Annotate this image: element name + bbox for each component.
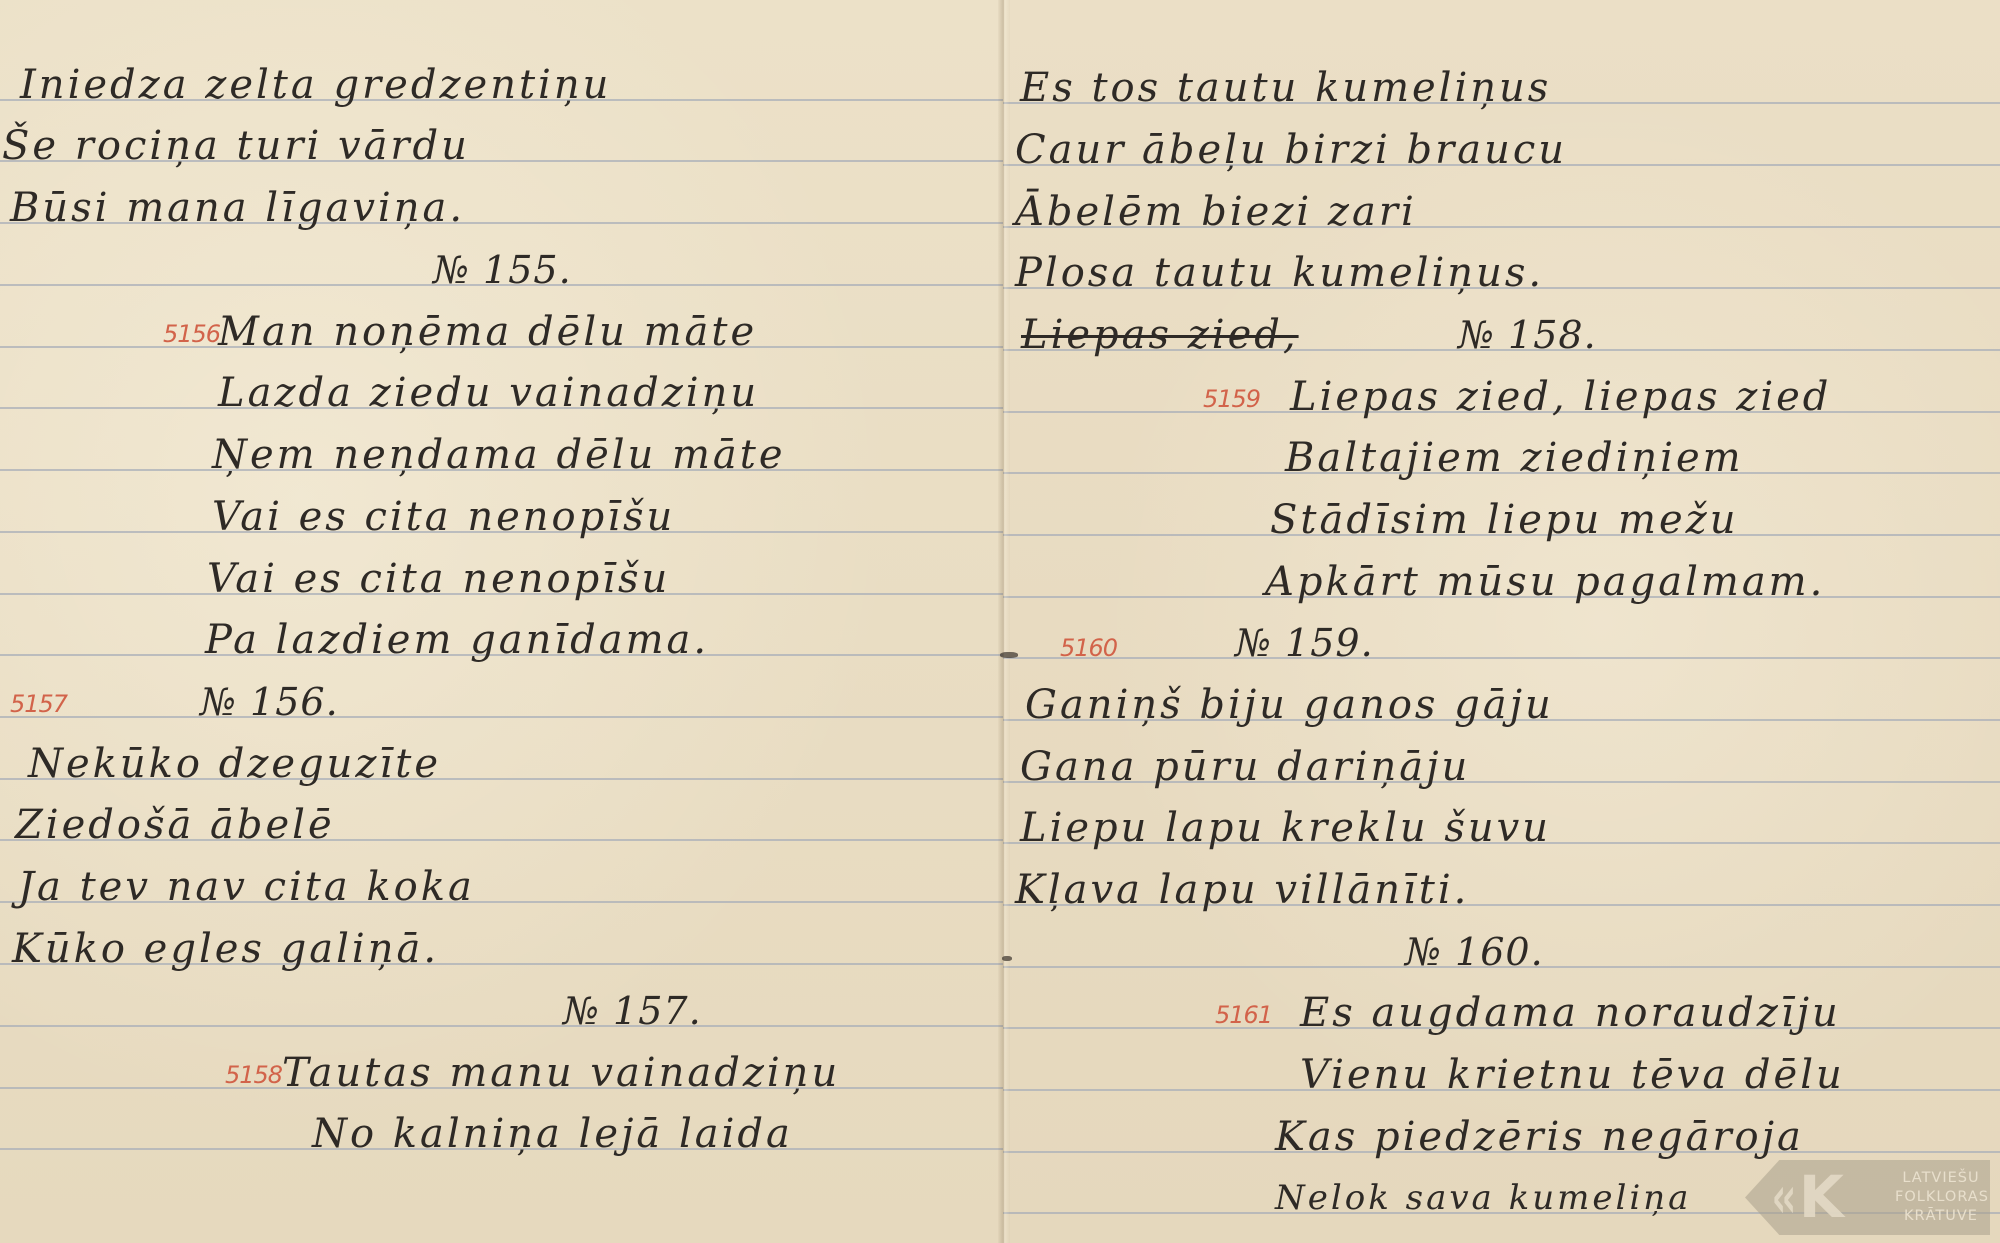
ink-mark [1002, 956, 1012, 961]
logo-text-line: FOLKLORAS [1895, 1188, 1987, 1207]
verse-line: Ja tev nav cita koka [18, 867, 475, 907]
verse-line: Plosa tautu kumeliņus. [1015, 253, 1544, 293]
ruled-line [1003, 657, 2000, 659]
lfk-logo-icon: ‹‹K [1767, 1170, 1867, 1225]
logo-text: LATVIEŠU FOLKLORAS KRĀTUVE [1895, 1169, 1987, 1226]
verse-line: Nekūko dzeguzīte [28, 744, 441, 784]
song-number-heading: № 159. [1235, 623, 1374, 663]
verse-line: Kūko egles galiņā. [12, 929, 439, 969]
verse-line: Nelok sava kumeliņa [1275, 1178, 1691, 1218]
verse-line: No kalniņa lejā laida [312, 1114, 793, 1154]
verse-line: Ābelēm biezi zari [1015, 192, 1417, 232]
archive-number-annotation: 5160 [1060, 634, 1117, 662]
verse-line: Liepas zied, liepas zied [1290, 377, 1831, 417]
archive-watermark-logo: ‹‹K LATVIEŠU FOLKLORAS KRĀTUVE [1745, 1160, 1990, 1235]
left-page: Iniedza zelta gredzentiņu Še rociņa turi… [0, 0, 1003, 1243]
song-number-heading: № 157. [563, 991, 702, 1031]
verse-line: Vai es cita nenopīšu [207, 559, 670, 599]
verse-line: Lazda ziedu vainadziņu [218, 373, 759, 413]
song-number-heading: № 156. [200, 682, 339, 722]
archive-number-annotation: 5157 [10, 690, 67, 718]
archive-number-annotation: 5161 [1215, 1001, 1272, 1029]
verse-line: Vienu krietnu tēva dēlu [1300, 1055, 1845, 1095]
logo-text-line: KRĀTUVE [1895, 1207, 1987, 1226]
verse-line: Apkārt mūsu pagalmam. [1265, 562, 1825, 602]
verse-line: Še rociņa turi vārdu [2, 126, 470, 166]
verse-line: Ņem neņdama dēlu māte [212, 435, 786, 475]
verse-line: Liepu lapu kreklu šuvu [1020, 808, 1551, 848]
logo-text-line: LATVIEŠU [1895, 1169, 1987, 1188]
verse-line: Kļava lapu villānīti. [1015, 870, 1469, 910]
song-number-heading: № 158. [1458, 315, 1597, 355]
verse-line: Man noņēma dēlu māte [218, 312, 757, 352]
verse-line: Tautas manu vainadziņu [282, 1053, 840, 1093]
notebook-spread: Iniedza zelta gredzentiņu Še rociņa turi… [0, 0, 2000, 1243]
verse-line: Caur ābeļu birzi braucu [1015, 130, 1567, 170]
verse-line: Kas piedzēris negāroja [1275, 1117, 1804, 1157]
verse-line: Stādīsim liepu mežu [1270, 500, 1738, 540]
book-gutter [998, 0, 1010, 1243]
ruled-line [0, 716, 1003, 718]
struck-out-text: Liepas zied, [1021, 315, 1299, 355]
verse-line: Būsi mana līgaviņa. [10, 188, 465, 228]
song-number-heading: № 160. [1405, 932, 1544, 972]
verse-line: Iniedza zelta gredzentiņu [20, 65, 611, 105]
ruled-line [0, 1025, 1003, 1027]
verse-line: Gana pūru dariņāju [1020, 747, 1470, 787]
right-page: Es tos tautu kumeliņus Caur ābeļu birzi … [1003, 0, 2000, 1243]
verse-line: Vai es cita nenopīšu [212, 497, 675, 537]
ink-mark [1000, 652, 1018, 658]
archive-number-annotation: 5158 [225, 1061, 282, 1089]
verse-line: Es augdama noraudzīju [1300, 993, 1841, 1033]
verse-line: Pa lazdiem ganīdama. [205, 620, 709, 660]
archive-number-annotation: 5159 [1203, 385, 1260, 413]
verse-line: Ziedošā ābelē [15, 805, 335, 845]
song-number-heading: № 155. [433, 250, 572, 290]
archive-number-annotation: 5156 [163, 320, 220, 348]
verse-line: Ganiņš biju ganos gāju [1025, 685, 1554, 725]
verse-line: Es tos tautu kumeliņus [1020, 68, 1551, 108]
verse-line: Baltajiem ziediņiem [1285, 438, 1744, 478]
